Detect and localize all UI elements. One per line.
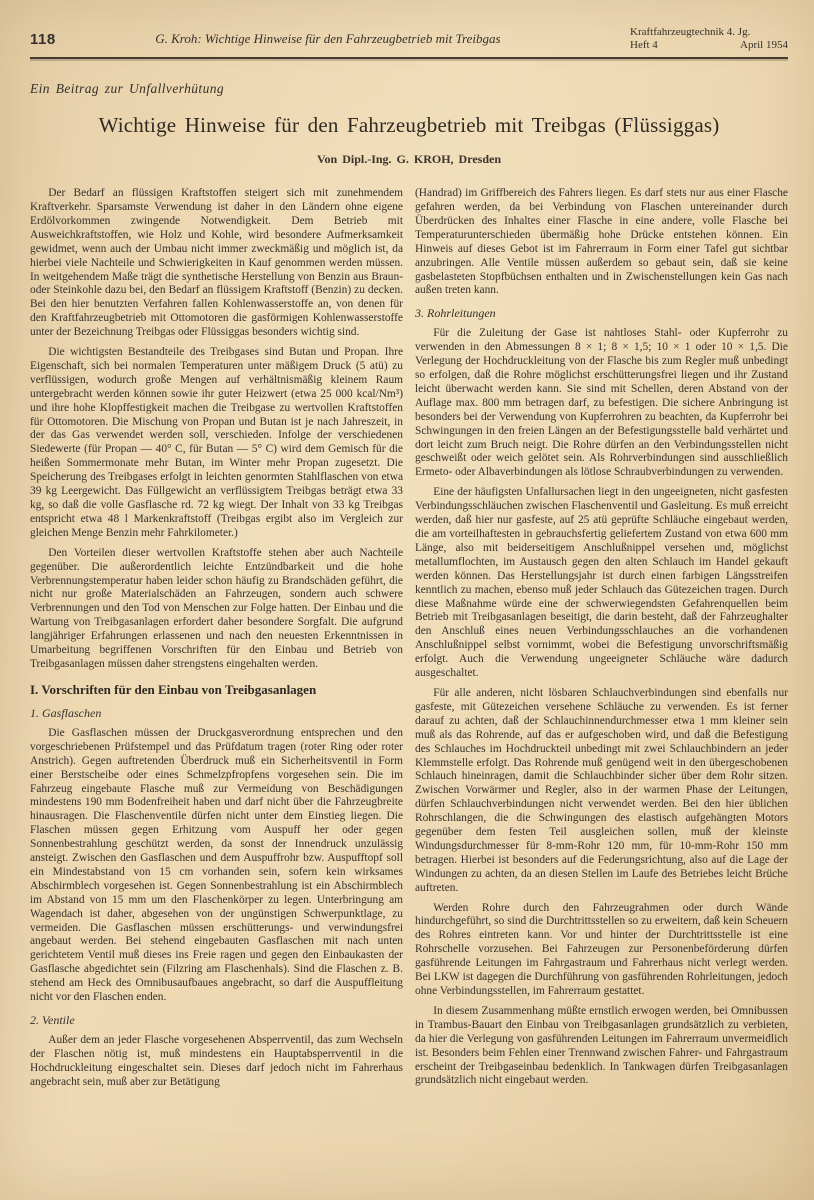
running-head-title: G. Kroh: Wichtige Hinweise für den Fahrz… [56, 31, 630, 47]
journal-date: April 1954 [740, 39, 788, 52]
page-number: 118 [30, 31, 56, 48]
article-kicker: Ein Beitrag zur Unfallverhütung [30, 81, 788, 97]
journal-page: 118 G. Kroh: Wichtige Hinweise für den F… [0, 0, 814, 1200]
paragraph: Die wichtigsten Bestandteile des Treibga… [30, 346, 403, 541]
subsection-heading-rohrleitungen: 3. Rohrleitungen [415, 306, 788, 321]
right-column: (Handrad) im Griffbereich des Fahrers li… [415, 187, 788, 1096]
header-rule [30, 57, 788, 59]
paragraph: (Handrad) im Griffbereich des Fahrers li… [415, 187, 788, 298]
running-header: 118 G. Kroh: Wichtige Hinweise für den F… [30, 26, 788, 52]
paragraph: Außer dem an jeder Flasche vorgesehenen … [30, 1034, 403, 1090]
paragraph: Für die Zuleitung der Gase ist nahtloses… [415, 327, 788, 480]
paragraph: Eine der häufigsten Unfallursachen liegt… [415, 486, 788, 681]
paragraph: Für alle anderen, nicht lösbaren Schlauc… [415, 687, 788, 896]
article-byline: Von Dipl.-Ing. G. KROH, Dresden [30, 152, 788, 167]
journal-info: Kraftfahrzeugtechnik 4. Jg. Heft 4 April… [630, 26, 788, 52]
section-heading-vorschriften: I. Vorschriften für den Einbau von Treib… [30, 682, 403, 698]
article-body: Der Bedarf an flüssigen Kraftstoffen ste… [30, 187, 788, 1096]
paragraph: In diesem Zusammenhang müßte ernstlich e… [415, 1005, 788, 1088]
subsection-heading-gasflaschen: 1. Gasflaschen [30, 706, 403, 721]
journal-issue: Heft 4 [630, 39, 658, 52]
paragraph: Die Gasflaschen müssen der Druckgasveror… [30, 727, 403, 1005]
subsection-heading-ventile: 2. Ventile [30, 1013, 403, 1028]
article-title: Wichtige Hinweise für den Fahrzeugbetrie… [30, 113, 788, 138]
journal-issue-row: Heft 4 April 1954 [630, 39, 788, 52]
paragraph: Werden Rohre durch den Fahrzeugrahmen od… [415, 902, 788, 999]
left-column: Der Bedarf an flüssigen Kraftstoffen ste… [30, 187, 403, 1096]
paragraph: Den Vorteilen dieser wertvollen Kraftsto… [30, 547, 403, 672]
journal-name: Kraftfahrzeugtechnik 4. Jg. [630, 26, 750, 38]
paragraph: Der Bedarf an flüssigen Kraftstoffen ste… [30, 187, 403, 340]
